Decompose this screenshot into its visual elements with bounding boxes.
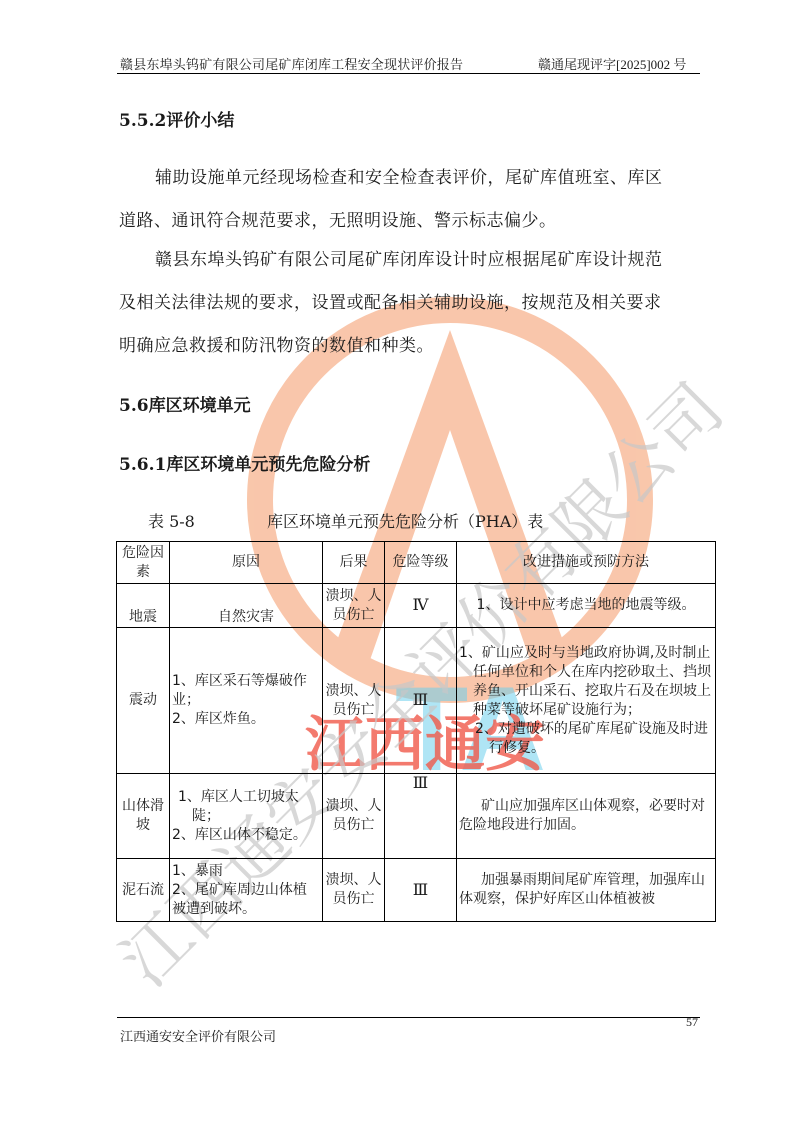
cell-factor: 山体滑坡 [117, 774, 170, 859]
cell-cause: 1、库区人工切坡太陡； 2、库区山体不稳定。 [170, 774, 323, 859]
measure-item: 1、矿山应及时与当地政府协调,及时制止任何单位和个人在库内挖砂取土、挡坝养鱼、开… [459, 644, 713, 720]
section-heading-5-5-2: 5.5.2评价小结 [119, 106, 234, 131]
header-cell-consequence: 后果 [323, 542, 385, 584]
header-divider [117, 73, 700, 74]
measure-item: 2、对遭破坏的尾矿库尾矿设施及时进行修复。 [459, 720, 713, 758]
cell-consequence: 溃坝、人员伤亡 [323, 774, 385, 859]
paragraph-summary-1: 辅助设施单元经现场检查和安全检查表评价，尾矿库值班室、库区 道路、通讯符合规范要… [119, 157, 703, 243]
cell-factor: 泥石流 [117, 859, 170, 922]
report-title-header: 赣县东埠头钨矿有限公司尾矿库闭库工程安全现状评价报告 [120, 54, 463, 73]
cell-level: Ⅳ [385, 584, 457, 628]
footer-company: 江西通安安全评价有限公司 [120, 1026, 276, 1045]
cell-consequence: 溃坝、人员伤亡 [323, 628, 385, 774]
cell-measures: 矿山应加强库区山体观察，必要时对危险地段进行加固。 [457, 774, 716, 859]
paragraph-line: 明确应急救援和防汛物资的数值和种类。 [119, 325, 703, 368]
cause-item: 2、尾矿库周边山体植被遭到破坏。 [172, 881, 320, 919]
cell-cause: 自然灾害 [170, 584, 323, 628]
footer-divider [117, 1017, 700, 1018]
section-heading-5-6: 5.6库区环境单元 [119, 391, 251, 416]
table-caption-title: 库区环境单元预先危险分析（PHA）表 [267, 509, 543, 532]
cause-item: 2、库区山体不稳定。 [172, 826, 320, 845]
measure-item: 矿山应加强库区山体观察，必要时对危险地段进行加固。 [459, 797, 713, 835]
cause-item: 1、库区采石等爆破作业； [172, 672, 320, 710]
header-cell-measures: 改进措施或预防方法 [457, 542, 716, 584]
cell-measures: 加强暴雨期间尾矿库管理，加强库山体观察，保护好库区山体植被被 [457, 859, 716, 922]
table-row: 泥石流 1、暴雨 2、尾矿库周边山体植被遭到破坏。 溃坝、人员伤亡 Ⅲ 加强暴雨… [117, 859, 716, 922]
cell-measures: 1、矿山应及时与当地政府协调,及时制止任何单位和个人在库内挖砂取土、挡坝养鱼、开… [457, 628, 716, 774]
cell-consequence: 溃坝、人员伤亡 [323, 584, 385, 628]
table-caption-number: 表 5-8 [148, 509, 195, 532]
cell-level: Ⅲ [385, 628, 457, 774]
header-cell-cause: 原因 [170, 542, 323, 584]
header-cell-factor: 危险因素 [117, 542, 170, 584]
cause-item: 2、库区炸鱼。 [172, 710, 320, 729]
measure-item: 加强暴雨期间尾矿库管理，加强库山体观察，保护好库区山体植被被 [459, 871, 713, 909]
cell-factor: 震动 [117, 628, 170, 774]
cause-item: 1、库区人工切坡太陡； [172, 788, 320, 826]
section-heading-5-6-1: 5.6.1库区环境单元预先危险分析 [119, 450, 370, 475]
table-row: 震动 1、库区采石等爆破作业； 2、库区炸鱼。 溃坝、人员伤亡 Ⅲ 1、矿山应及… [117, 628, 716, 774]
table-row: 地震 自然灾害 溃坝、人员伤亡 Ⅳ 1、设计中应考虑当地的地震等级。 [117, 584, 716, 628]
cell-level: Ⅲ [385, 859, 457, 922]
paragraph-summary-2: 赣县东埠头钨矿有限公司尾矿库闭库设计时应根据尾矿库设计规范 及相关法律法规的要求… [119, 239, 703, 368]
document-number: 赣通尾现评字[2025]002 号 [538, 54, 686, 73]
paragraph-line: 道路、通讯符合规范要求，无照明设施、警示标志偏少。 [119, 200, 703, 243]
pha-table: 危险因素 原因 后果 危险等级 改进措施或预防方法 地震 自然灾害 溃坝、人员伤… [116, 541, 716, 922]
cell-factor: 地震 [117, 584, 170, 628]
table-row: 山体滑坡 1、库区人工切坡太陡； 2、库区山体不稳定。 溃坝、人员伤亡 Ⅲ 矿山… [117, 774, 716, 859]
table-header-row: 危险因素 原因 后果 危险等级 改进措施或预防方法 [117, 542, 716, 584]
paragraph-line: 及相关法律法规的要求，设置或配备相关辅助设施，按规范及相关要求 [119, 282, 703, 325]
cell-measures: 1、设计中应考虑当地的地震等级。 [457, 584, 716, 628]
cell-level: Ⅲ [385, 774, 457, 859]
cell-cause: 1、库区采石等爆破作业； 2、库区炸鱼。 [170, 628, 323, 774]
cause-item: 1、暴雨 [172, 862, 320, 881]
header-cell-level: 危险等级 [385, 542, 457, 584]
cell-cause: 1、暴雨 2、尾矿库周边山体植被遭到破坏。 [170, 859, 323, 922]
cell-consequence: 溃坝、人员伤亡 [323, 859, 385, 922]
page-number: 57 [686, 1015, 698, 1030]
paragraph-line: 赣县东埠头钨矿有限公司尾矿库闭库设计时应根据尾矿库设计规范 [119, 239, 703, 282]
paragraph-line: 辅助设施单元经现场检查和安全检查表评价，尾矿库值班室、库区 [119, 157, 703, 200]
